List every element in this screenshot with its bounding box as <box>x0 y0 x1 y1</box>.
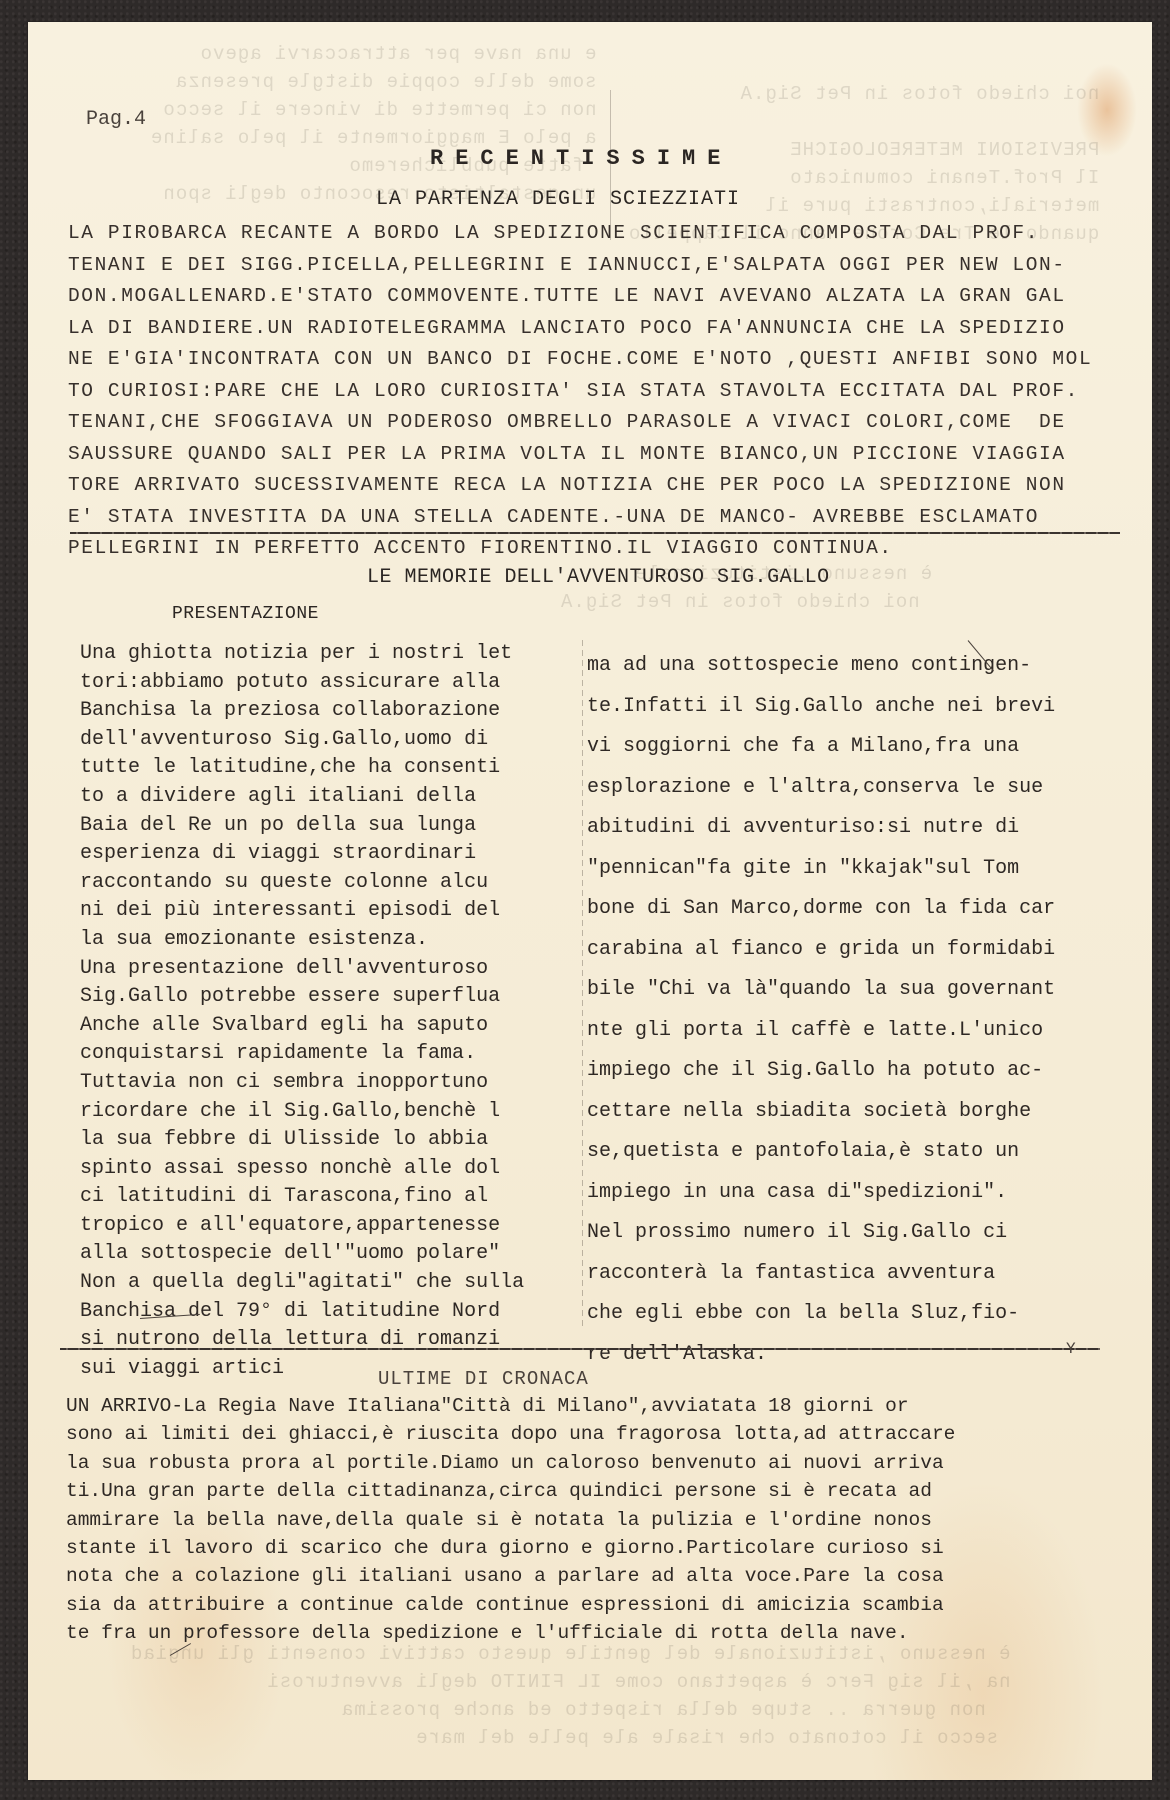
column-line: si nutrono della lettura di romanzi <box>80 1326 524 1355</box>
column-line: Nel prossimo numero il Sig.Gallo ci <box>587 1213 1055 1254</box>
memorie-left-column: Una ghiotta notizia per i nostri let tor… <box>80 640 524 1383</box>
section-divider-bottom <box>60 1348 1100 1350</box>
column-line: bile "Chi va là"quando la sua governant <box>587 970 1055 1011</box>
cronaca-article-body: UN ARRIVO-La Regia Nave Italiana"Città d… <box>66 1392 955 1648</box>
column-line: spinto assai spesso nonchè alle dol <box>80 1155 524 1184</box>
column-line: che egli ebbe con la bella Sluz,fio- <box>587 1294 1055 1335</box>
article-line: PELLEGRINI IN PERFETTO ACCENTO FIORENTIN… <box>68 533 1108 565</box>
column-line: carabina al fianco e grida un formidabi <box>587 930 1055 971</box>
article-line: stante il lavoro di scarico che dura gio… <box>66 1534 955 1562</box>
column-line: bone di San Marco,dorme con la fida car <box>587 889 1055 930</box>
column-line: ci latitudini di Tarascona,fino al <box>80 1183 524 1212</box>
page-number: Pag.4 <box>86 108 146 131</box>
lead-article-body: LA PIROBARCA RECANTE A BORDO LA SPEDIZIO… <box>68 218 1108 565</box>
column-line: racconterà la fantastica avventura <box>587 1254 1055 1295</box>
article-line: te fra un professore della spedizione e … <box>66 1619 955 1647</box>
article-line: TORE ARRIVATO SUCESSIVAMENTE RECA LA NOT… <box>68 470 1108 502</box>
article-line: TENANI,CHE SFOGGIAVA UN PODEROSO OMBRELL… <box>68 407 1108 439</box>
column-line: Banchisa la preziosa collaborazione <box>80 697 524 726</box>
column-line: Anche alle Svalbard egli ha saputo <box>80 1012 524 1041</box>
column-line: impiego che il Sig.Gallo ha potuto ac- <box>587 1051 1055 1092</box>
article-line: sono ai limiti dei ghiacci,è riuscita do… <box>66 1420 955 1448</box>
column-line: cettare nella sbiadita società borghe <box>587 1092 1055 1133</box>
article-line: LA PIROBARCA RECANTE A BORDO LA SPEDIZIO… <box>68 218 1108 250</box>
column-line: Una ghiotta notizia per i nostri let <box>80 640 524 669</box>
column-line: to a dividere agli italiani della <box>80 783 524 812</box>
section-divider <box>70 532 1120 534</box>
column-line: te.Infatti il Sig.Gallo anche nei brevi <box>587 687 1055 728</box>
article-line: LA DI BANDIERE.UN RADIOTELEGRAMMA LANCIA… <box>68 313 1108 345</box>
article-line: E' STATA INVESTITA DA UNA STELLA CADENTE… <box>68 502 1108 534</box>
column-line: "pennican"fa gite in "kkajak"sul Tom <box>587 849 1055 890</box>
column-line: Banchisa del 79° di latitudine Nord <box>80 1298 524 1327</box>
article-line: nota che a colazione gli italiani usano … <box>66 1562 955 1590</box>
memorie-right-column: ma ad una sottospecie meno contingen- te… <box>587 646 1055 1375</box>
column-line: Tuttavia non ci sembra inopportuno <box>80 1069 524 1098</box>
corner-mark: Y <box>1066 1340 1076 1358</box>
article-line: ti.Una gran parte della cittadinanza,cir… <box>66 1477 955 1505</box>
section-title-recentissime: RECENTISSIME <box>430 146 732 171</box>
column-line: vi soggiorni che fa a Milano,fra una <box>587 727 1055 768</box>
column-line: tutte le latitudine,che ha consenti <box>80 754 524 783</box>
column-line: esperienza di viaggi straordinari <box>80 840 524 869</box>
article-line: DON.MOGALLENARD.E'STATO COMMOVENTE.TUTTE… <box>68 281 1108 313</box>
column-line: Una presentazione dell'avventuroso <box>80 955 524 984</box>
column-line: re dell'Alaska. <box>587 1335 1055 1376</box>
article-line: UN ARRIVO-La Regia Nave Italiana"Città d… <box>66 1392 955 1420</box>
column-line: esplorazione e l'altra,conserva le sue <box>587 768 1055 809</box>
article-line: TENANI E DEI SIGG.PICELLA,PELLEGRINI E I… <box>68 250 1108 282</box>
column-line: se,quetista e pantofolaia,è stato un <box>587 1132 1055 1173</box>
subheading-presentazione: PRESENTAZIONE <box>172 604 319 624</box>
column-line: impiego in una casa di"spedizioni". <box>587 1173 1055 1214</box>
column-line: la sua febbre di Ulisside lo abbia <box>80 1126 524 1155</box>
article-line: SAUSSURE QUANDO SALI PER LA PRIMA VOLTA … <box>68 439 1108 471</box>
headline-ultime-cronaca: ULTIME DI CRONACA <box>378 1368 589 1390</box>
column-line: nte gli porta il caffè e latte.L'unico <box>587 1011 1055 1052</box>
column-line: ricordare che il Sig.Gallo,benchè l <box>80 1098 524 1127</box>
article-line: ammirare la bella nave,della quale si è … <box>66 1506 955 1534</box>
column-line: tori:abbiamo potuto assicurare alla <box>80 669 524 698</box>
column-line: raccontando su queste colonne alcu <box>80 869 524 898</box>
headline-partenza: LA PARTENZA DEGLI SCIEZZIATI <box>376 188 740 211</box>
article-line: TO CURIOSI:PARE CHE LA LORO CURIOSITA' S… <box>68 376 1108 408</box>
column-line: tropico e all'equatore,appartenesse <box>80 1212 524 1241</box>
column-line: conquistarsi rapidamente la fama. <box>80 1040 524 1069</box>
article-line: NE E'GIA'INCONTRATA CON UN BANCO DI FOCH… <box>68 344 1108 376</box>
column-line: ma ad una sottospecie meno contingen- <box>587 646 1055 687</box>
column-line: abitudini di avventuriso:si nutre di <box>587 808 1055 849</box>
column-line: Sig.Gallo potrebbe essere superflua <box>80 983 524 1012</box>
column-line: la sua emozionante esistenza. <box>80 926 524 955</box>
column-divider <box>582 640 583 1330</box>
article-line: sia da attribuire a continue calde conti… <box>66 1591 955 1619</box>
column-line: alla sottospecie dell'"uomo polare" <box>80 1240 524 1269</box>
column-line: Baia del Re un po della sua lunga <box>80 812 524 841</box>
article-line: la sua robusta prora al portile.Diamo un… <box>66 1449 955 1477</box>
column-line: ni dei più interessanti episodi del <box>80 897 524 926</box>
column-line: Non a quella degli"agitati" che sulla <box>80 1269 524 1298</box>
headline-memorie: LE MEMORIE DELL'AVVENTUROSO SIG.GALLO <box>367 566 830 589</box>
column-line: dell'avventuroso Sig.Gallo,uomo di <box>80 726 524 755</box>
